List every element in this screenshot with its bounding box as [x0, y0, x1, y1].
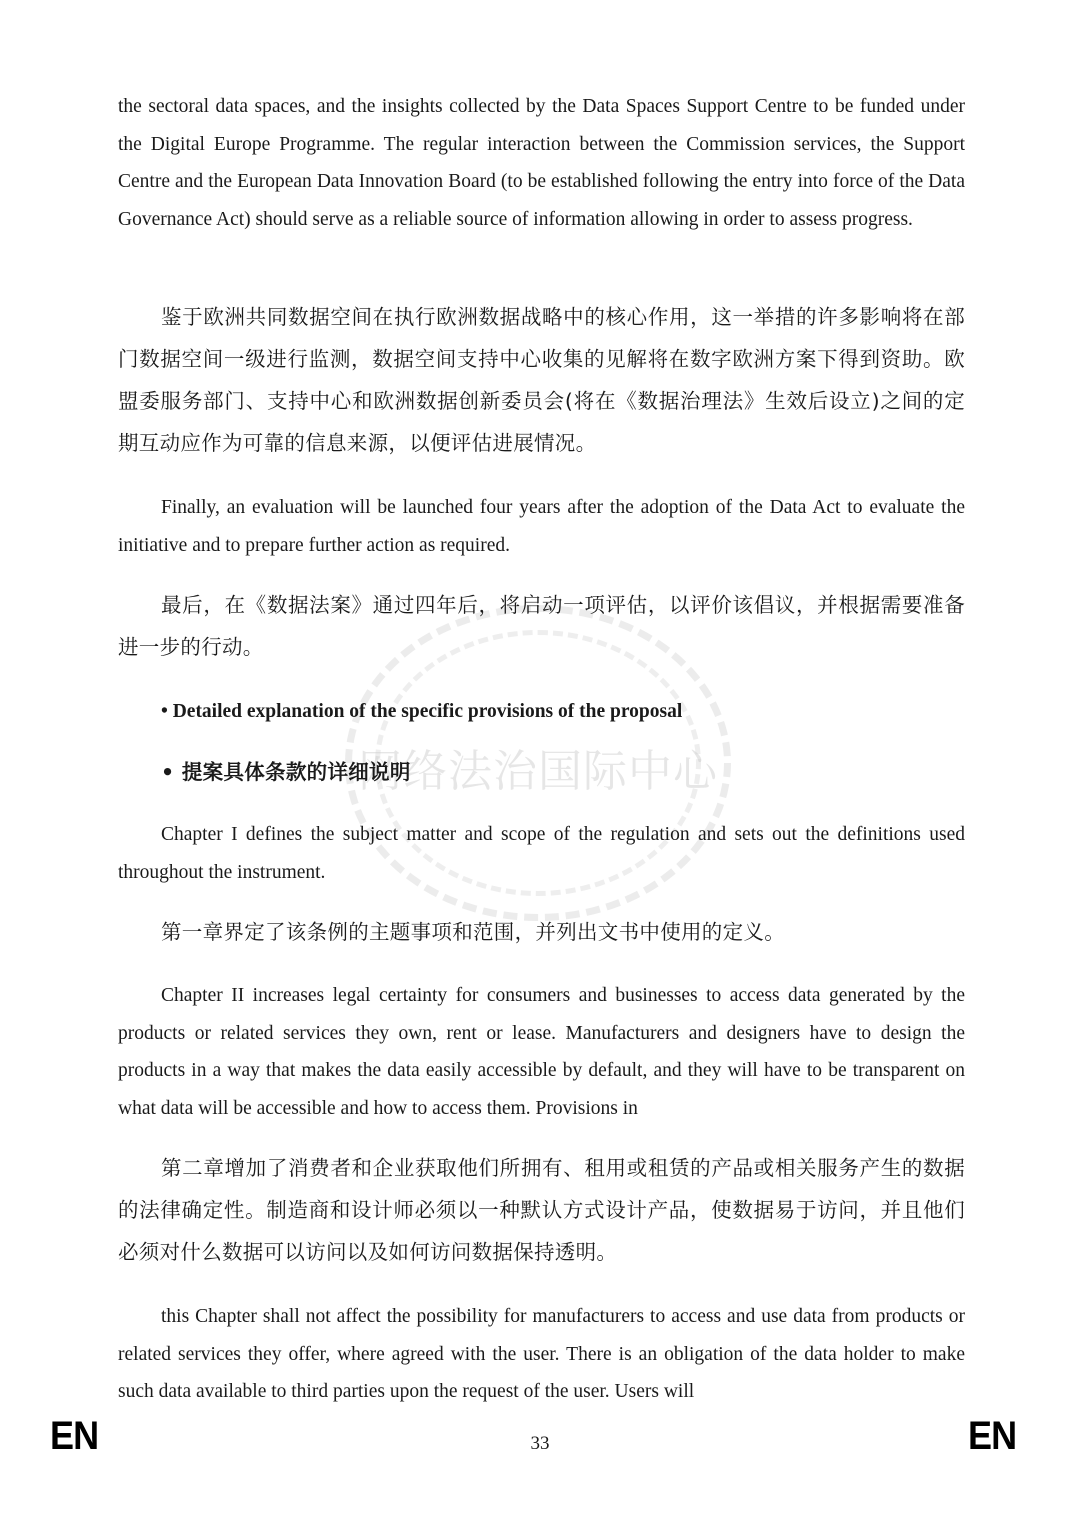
page-number: 33 [0, 1433, 1080, 1455]
paragraph-zh-2: 最后，在《数据法案》通过四年后，将启动一项评估，以评价该倡议，并根据需要准备进一… [118, 584, 965, 668]
paragraph-en-5: this Chapter shall not affect the possib… [118, 1298, 965, 1411]
paragraph-zh-3: 第一章界定了该条例的主题事项和范围，并列出文书中使用的定义。 [118, 911, 965, 953]
paragraph-zh-4: 第二章增加了消费者和企业获取他们所拥有、租用或租赁的产品或相关服务产生的数据的法… [118, 1147, 965, 1273]
paragraph-zh-1: 鉴于欧洲共同数据空间在执行欧洲数据战略中的核心作用，这一举措的许多影响将在部门数… [118, 296, 965, 464]
section-heading-zh: • 提案具体条款的详细说明 [118, 751, 965, 793]
document-page: 网络法治国际中心 the sectoral data spaces, and t… [0, 0, 1080, 1526]
paragraph-en-4: Chapter II increases legal certainty for… [118, 977, 965, 1127]
paragraph-en-1: the sectoral data spaces, and the insigh… [118, 88, 965, 238]
paragraph-en-3: Chapter I defines the subject matter and… [118, 816, 965, 891]
section-heading-en: • Detailed explanation of the specific p… [118, 693, 965, 731]
language-marker-right: EN [968, 1414, 1016, 1459]
paragraph-en-2: Finally, an evaluation will be launched … [118, 489, 965, 564]
